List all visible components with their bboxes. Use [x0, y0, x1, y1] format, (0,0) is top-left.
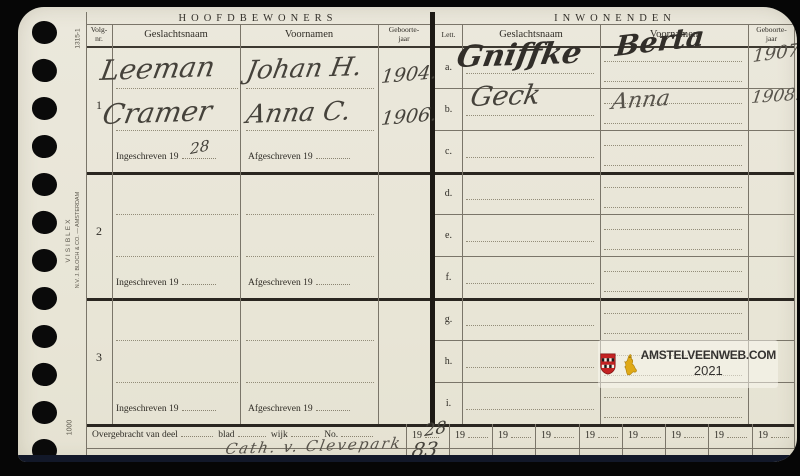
- form-number-vertical: 1315-1: [75, 17, 82, 61]
- ingeschreven-text: Ingeschreven 19: [116, 404, 179, 414]
- header-volgnr-line2: nr.: [95, 35, 103, 44]
- ingeschreven-text: Ingeschreven 19: [116, 278, 179, 288]
- lodger-row-e: e.: [435, 214, 795, 256]
- register-form: HOOFDBEWONERS INWONENDEN: [86, 12, 795, 460]
- dotted-blank: [598, 428, 618, 438]
- year-prefix: 19: [671, 430, 681, 441]
- ingeschreven-text: Ingeschreven 19: [116, 152, 179, 162]
- year-prefix: 19: [758, 430, 768, 441]
- handwriting-firstnames-1: Johan H.: [244, 52, 364, 86]
- dotted-blank: [182, 401, 216, 411]
- writing-line: [604, 417, 742, 418]
- year-prefix: 19: [628, 430, 638, 441]
- writing-line: [246, 340, 374, 341]
- year-cell: 19: [714, 428, 750, 441]
- col-line-left-voornamen: [240, 24, 241, 424]
- dotted-blank: [316, 275, 350, 285]
- scanned-register-card-photo: 1315-1 VISIBLEX N.V. J. BLOCH & CO. — AM…: [0, 0, 800, 476]
- writing-line: [116, 88, 238, 89]
- writing-line: [246, 256, 374, 257]
- header-geboortejaar-left: Geboorte- jaar: [378, 24, 430, 46]
- watermark-site: AMSTELVEENWEB.COM: [641, 348, 776, 363]
- punch-hole: [32, 325, 57, 348]
- writing-line: [604, 165, 742, 166]
- punch-hole: [32, 97, 57, 120]
- year-prefix: 19: [714, 430, 724, 441]
- header-geboortejaar-line2: jaar: [398, 35, 409, 44]
- handwriting-surname-2: Cramer: [100, 94, 215, 131]
- afgeschreven-label: Afgeschreven 19: [248, 149, 353, 162]
- dotted-blank: [554, 428, 574, 438]
- handwriting-firstnames-2: Anna C.: [244, 96, 353, 130]
- watermark-year: 2021: [694, 363, 723, 379]
- year-cell: 19: [498, 428, 534, 441]
- section-title-inwonenden: INWONENDEN: [435, 12, 795, 24]
- afgeschreven-label: Afgeschreven 19: [248, 401, 353, 414]
- year-prefix: 19: [585, 430, 595, 441]
- brand-address: N.V. J. BLOCH & CO. — AMSTERDAM: [74, 174, 82, 306]
- writing-line: [116, 256, 238, 257]
- writing-line: [116, 130, 238, 131]
- brand-name: VISIBLEX: [64, 174, 74, 306]
- year-cell: 19: [455, 428, 491, 441]
- writing-line: [604, 249, 742, 250]
- row-letter: b.: [435, 88, 462, 130]
- punch-hole: [31, 210, 58, 235]
- writing-line: [116, 340, 238, 341]
- afgeschreven-label: Afgeschreven 19: [248, 275, 353, 288]
- writing-line: [246, 382, 374, 383]
- writing-line: [116, 382, 238, 383]
- punch-hole: [31, 362, 58, 387]
- writing-line: [116, 214, 238, 215]
- year-cell: 19: [541, 428, 577, 441]
- year-prefix: 19: [541, 430, 551, 441]
- punch-hole: [31, 57, 59, 83]
- dotted-blank: [684, 428, 704, 438]
- lodger-row-c: c.: [435, 130, 795, 172]
- handwriting-lodger-a-surname: Gniffke: [454, 36, 585, 75]
- row-letter: i.: [435, 382, 462, 424]
- afgeschreven-text: Afgeschreven 19: [248, 152, 313, 162]
- print-run-vertical: 1000: [67, 408, 74, 448]
- blad-text: blad: [218, 430, 234, 440]
- year-cell: 19: [758, 428, 792, 441]
- dotted-blank: [641, 428, 661, 438]
- header-lett: Lett.: [435, 24, 462, 46]
- section-title-hoofdbewoners: HOOFDBEWONERS: [86, 12, 430, 24]
- writing-line: [604, 207, 742, 208]
- afgeschreven-text: Afgeschreven 19: [248, 278, 313, 288]
- handwriting-lodger-b-firstnames: Anna: [610, 86, 672, 115]
- amstelveen-shield-icon: [600, 349, 616, 379]
- row-letter: h.: [435, 340, 462, 382]
- row-letter: d.: [435, 172, 462, 214]
- year-cell: 19: [585, 428, 621, 441]
- row-letter: f.: [435, 256, 462, 298]
- year-prefix: 19: [455, 430, 465, 441]
- ingeschreven-label: Ingeschreven 19: [116, 401, 219, 414]
- punch-hole: [32, 173, 57, 196]
- header-voornamen-left: Voornamen: [240, 24, 378, 46]
- punch-hole: [32, 401, 57, 424]
- year-cell: 19: [671, 428, 707, 441]
- writing-line: [246, 214, 374, 215]
- lodger-row-d: d.: [435, 172, 795, 214]
- punch-hole: [31, 134, 58, 159]
- card-bottom-edge: [18, 455, 797, 462]
- dotted-blank: [316, 401, 350, 411]
- row-letter: e.: [435, 214, 462, 256]
- writing-line: [604, 81, 742, 82]
- header-geslachtsnaam-left: Geslachtsnaam: [112, 24, 240, 46]
- year-cell: 19: [628, 428, 664, 441]
- punch-hole: [31, 286, 59, 312]
- overgebracht-text: Overgebracht van deel: [92, 430, 178, 440]
- punch-hole: [32, 249, 57, 272]
- block-number-2: 2: [86, 224, 112, 239]
- handwriting-surname-1: Leeman: [98, 50, 218, 87]
- dotted-blank: [511, 428, 531, 438]
- lodger-row-g: g.: [435, 298, 795, 340]
- watermark: AMSTELVEENWEB.COM 2021: [598, 340, 778, 388]
- block-number-3: 3: [86, 350, 112, 365]
- lion-icon: [619, 348, 638, 380]
- writing-line: [604, 291, 742, 292]
- dotted-blank: [182, 275, 216, 285]
- year-prefix: 19: [498, 430, 508, 441]
- dotted-blank: [181, 427, 213, 437]
- dotted-blank: [238, 427, 266, 437]
- punch-hole: [32, 21, 57, 44]
- header-volgnr: Volg- nr.: [86, 24, 112, 46]
- writing-line: [246, 130, 374, 131]
- ingeschreven-label: Ingeschreven 19: [116, 275, 219, 288]
- afgeschreven-text: Afgeschreven 19: [248, 404, 313, 414]
- writing-line: [604, 123, 742, 124]
- handwriting-lodger-b-birthyear: 1908.: [750, 85, 797, 108]
- printer-brand-vertical: VISIBLEX N.V. J. BLOCH & CO. — AMSTERDAM: [64, 174, 82, 306]
- lodger-row-f: f.: [435, 256, 795, 298]
- bottom-row-rule: [86, 448, 795, 449]
- row-letter: c.: [435, 130, 462, 172]
- lodger-row-i: i.: [435, 382, 795, 424]
- dotted-blank: [316, 149, 350, 159]
- col-line-left-geboortejaar: [378, 24, 379, 424]
- handwriting-lodger-b-surname: Geck: [468, 80, 543, 113]
- dotted-blank: [291, 427, 319, 437]
- dotted-blank: [771, 428, 789, 438]
- dotted-blank: [727, 428, 747, 438]
- row-letter: g.: [435, 298, 462, 340]
- dotted-blank: [468, 428, 488, 438]
- watermark-text: AMSTELVEENWEB.COM 2021: [641, 348, 776, 379]
- register-card: 1315-1 VISIBLEX N.V. J. BLOCH & CO. — AM…: [18, 7, 797, 462]
- writing-line: [246, 88, 374, 89]
- writing-line: [604, 333, 742, 334]
